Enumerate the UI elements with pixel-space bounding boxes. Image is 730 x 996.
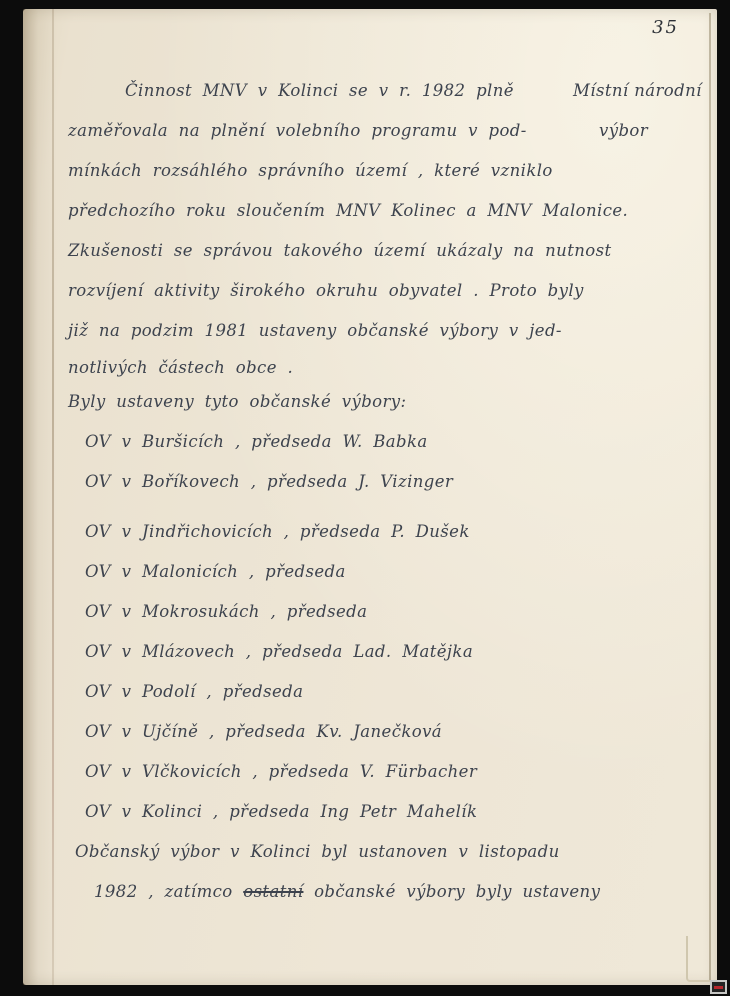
handwritten-line: OV v Kolinci , předseda Ing Petr Mahelík bbox=[68, 792, 628, 832]
handwritten-line: 1982 , zatímco ostatní občanské výbory b… bbox=[68, 872, 628, 912]
page-corner-edge bbox=[686, 936, 714, 982]
handwritten-line: mínkách rozsáhlého správního území , kte… bbox=[68, 151, 628, 191]
handwritten-line: již na podzim 1981 ustaveny občanské výb… bbox=[68, 311, 628, 351]
handwritten-line: Občanský výbor v Kolinci byl ustanoven v… bbox=[68, 832, 628, 872]
struck-word: ostatní bbox=[243, 882, 303, 901]
text-segment: občanské výbory byly ustaveny bbox=[303, 882, 600, 901]
handwritten-line: OV v Ujčíně , předseda Kv. Janečková bbox=[68, 712, 628, 752]
handwritten-line: rozvíjení aktivity širokého okruhu obyva… bbox=[68, 271, 628, 311]
handwritten-line: OV v Mokrosukách , předseda bbox=[68, 592, 628, 632]
handwritten-line: OV v Podolí , předseda bbox=[68, 672, 628, 712]
handwritten-line: předchozího roku sloučením MNV Kolinec a… bbox=[68, 191, 628, 231]
scan-black-border: 35 Místní národní výbor Činnost MNV v Ko… bbox=[0, 0, 730, 996]
handwritten-line: OV v Buršicích , předseda W. Babka bbox=[68, 422, 628, 462]
text-segment: 1982 , zatímco bbox=[94, 882, 243, 901]
handwritten-line: zaměřovala na plnění volebního programu … bbox=[68, 111, 628, 151]
handwritten-line: OV v Jindřichovicích , předseda P. Dušek bbox=[68, 512, 628, 552]
underlying-page-edge bbox=[709, 13, 711, 981]
handwritten-line: OV v Mlázovech , předseda Lad. Matějka bbox=[68, 632, 628, 672]
handwritten-line: OV v Malonicích , předseda bbox=[68, 552, 628, 592]
handwritten-line: Činnost MNV v Kolinci se v r. 1982 plně bbox=[68, 71, 628, 111]
binding-crease-line bbox=[52, 9, 54, 985]
handwritten-line: Zkušenosti se správou takového území uká… bbox=[68, 231, 628, 271]
handwritten-line: OV v Vlčkovicích , předseda V. Fürbacher bbox=[68, 752, 628, 792]
handwritten-line: OV v Boříkovech , předseda J. Vizinger bbox=[68, 462, 628, 502]
scan-corner-marker-icon bbox=[710, 980, 727, 994]
lines: Činnost MNV v Kolinci se v r. 1982 plněz… bbox=[68, 71, 628, 912]
chronicle-page: 35 Místní národní výbor Činnost MNV v Ko… bbox=[23, 9, 717, 985]
page-number: 35 bbox=[652, 17, 679, 38]
red-dash-icon bbox=[714, 986, 723, 989]
handwritten-line: Byly ustaveny tyto občanské výbory: bbox=[68, 382, 628, 422]
